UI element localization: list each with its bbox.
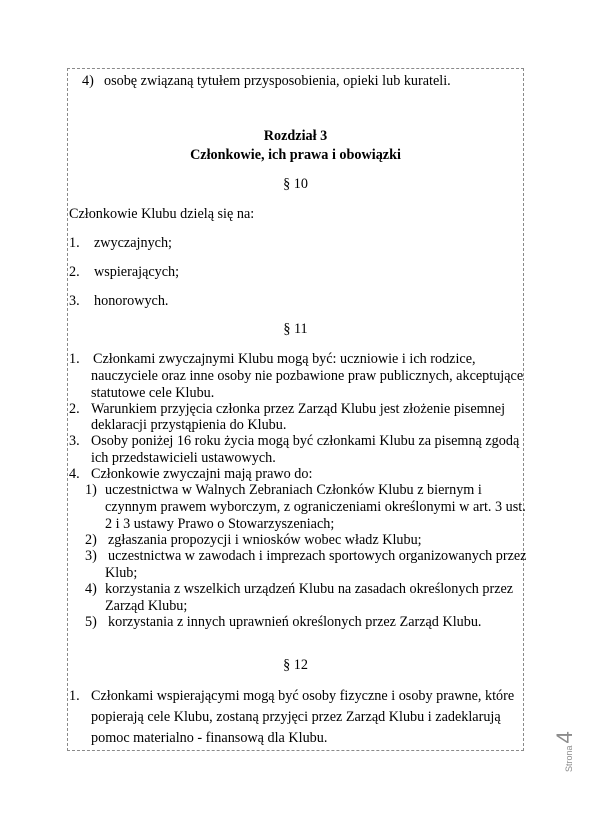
paragraph-line: czynnym prawem wyborczym, z ograniczenia… [105, 499, 526, 516]
paragraph-line: nauczyciele oraz inne osoby nie pozbawio… [91, 368, 523, 385]
list-item-text: osobę związaną tytułem przysposobienia, … [104, 73, 451, 90]
paragraph-line: pomoc materialno - finansową dla Klubu. [91, 730, 327, 747]
page-number-value: 4 [552, 731, 577, 743]
list-number: 1. [69, 351, 80, 368]
paragraph-line: Zarząd Klubu; [105, 598, 187, 615]
list-number: 3) [85, 548, 97, 565]
list-number: 2) [85, 532, 97, 549]
paragraph-line: ich przedstawicieli ustawowych. [91, 450, 276, 467]
paragraph-line: 2 i 3 ustawy Prawo o Stowarzyszeniach; [105, 516, 334, 533]
list-item-text: honorowych. [94, 293, 168, 310]
chapter-title: Rozdział 3 [67, 128, 524, 145]
paragraph-line: zgłaszania propozycji i wniosków wobec w… [108, 532, 422, 549]
list-number: 4) [82, 73, 94, 90]
list-number: 3. [69, 293, 80, 310]
paragraph-line: Członkowie zwyczajni mają prawo do: [91, 466, 312, 483]
list-number: 1. [69, 235, 80, 252]
list-item-text: zwyczajnych; [94, 235, 172, 252]
list-number: 3. [69, 433, 80, 450]
list-number: 5) [85, 614, 97, 631]
section-heading-12: § 12 [67, 657, 524, 674]
list-number: 2. [69, 264, 80, 281]
paragraph-line: uczestnictwa w zawodach i imprezach spor… [108, 548, 526, 565]
paragraph-line: popierają cele Klubu, zostaną przyjęci p… [91, 709, 501, 726]
list-number: 1) [85, 482, 97, 499]
page-number: Strona4 [548, 700, 578, 780]
paragraph-line: korzystania z wszelkich urządzeń Klubu n… [105, 581, 513, 598]
section-heading-11: § 11 [67, 321, 524, 338]
paragraph-line: Klub; [105, 565, 137, 582]
paragraph-line: uczestnictwa w Walnych Zebraniach Członk… [105, 482, 482, 499]
section-intro: Członkowie Klubu dzielą się na: [69, 206, 254, 223]
paragraph-line: statutowe cele Klubu. [91, 385, 214, 402]
chapter-subtitle: Członkowie, ich prawa i obowiązki [67, 147, 524, 164]
page-label: Strona [564, 745, 574, 772]
list-number: 1. [69, 688, 80, 705]
section-heading-10: § 10 [67, 176, 524, 193]
list-number: 4) [85, 581, 97, 598]
paragraph-line: Członkami zwyczajnymi Klubu mogą być: uc… [93, 351, 476, 368]
paragraph-line: korzystania z innych uprawnień określony… [108, 614, 481, 631]
paragraph-line: deklaracji przystąpienia do Klubu. [91, 417, 286, 434]
list-number: 2. [69, 401, 80, 418]
paragraph-line: Warunkiem przyjęcia członka przez Zarząd… [91, 401, 505, 418]
list-number: 4. [69, 466, 80, 483]
paragraph-line: Osoby poniżej 16 roku życia mogą być czł… [91, 433, 519, 450]
paragraph-line: Członkami wspierającymi mogą być osoby f… [91, 688, 514, 705]
list-item-text: wspierających; [94, 264, 179, 281]
